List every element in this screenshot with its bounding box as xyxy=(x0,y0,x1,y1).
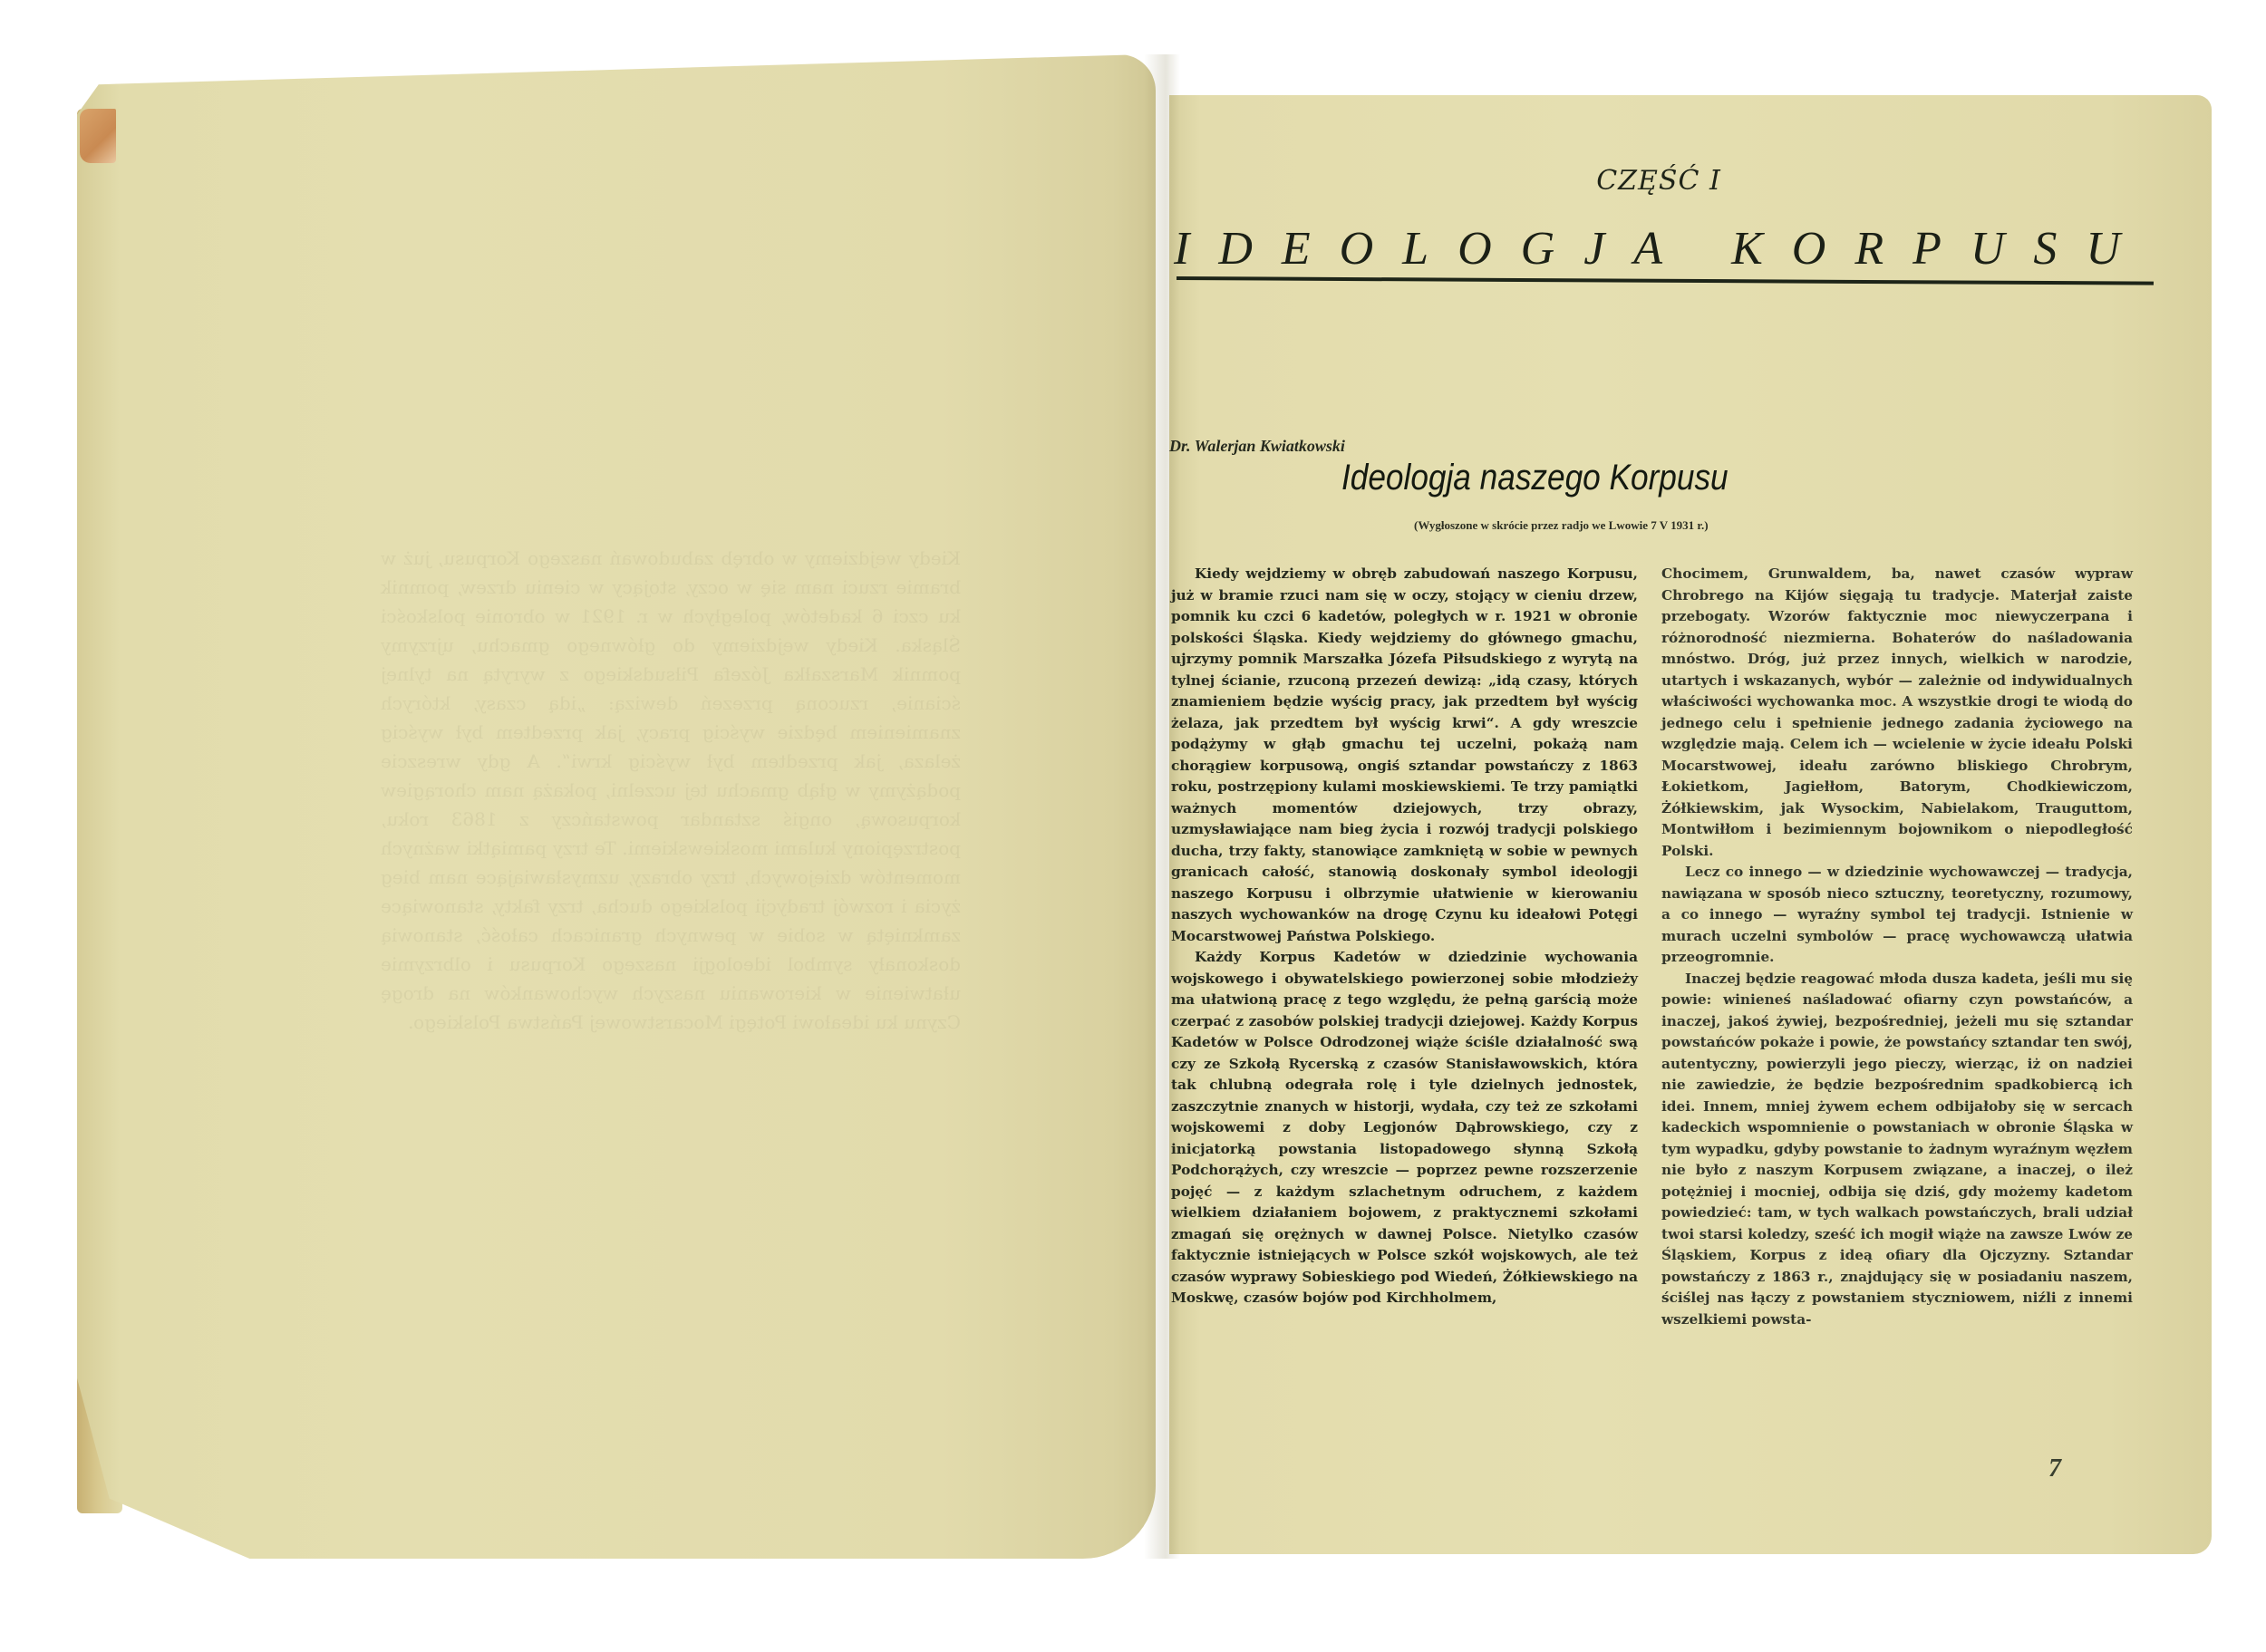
paragraph: Kiedy wejdziemy w obręb zabudowań naszeg… xyxy=(1171,564,1638,947)
article-title: Ideologja naszego Korpusu xyxy=(1341,458,1820,498)
section-title: IDEOLOGJA KORPUSU xyxy=(1174,222,2162,275)
paragraph: Każdy Korpus Kadetów w dziedzinie wychow… xyxy=(1171,947,1638,1309)
paragraph: Chocimem, Grunwaldem, ba, nawet czasów w… xyxy=(1661,564,2133,862)
text-column-right: Chocimem, Grunwaldem, ba, nawet czasów w… xyxy=(1661,564,2133,1330)
article-author: Dr. Walerjan Kwiatkowski xyxy=(1169,437,1345,456)
page-number: 7 xyxy=(2048,1454,2061,1483)
text-column-left: Kiedy wejdziemy w obręb zabudowań naszeg… xyxy=(1171,564,1638,1309)
paragraph: Inaczej będzie reagować młoda dusza kade… xyxy=(1661,969,2133,1331)
gilt-corner-tab xyxy=(80,109,116,163)
open-book-spread: Kiedy wejdziemy w obręb zabudowań naszeg… xyxy=(0,0,2266,1652)
paragraph: Lecz co innego — w dziedzinie wychowawcz… xyxy=(1661,862,2133,969)
part-label: CZĘŚĆ I xyxy=(1486,165,1831,197)
left-page-bleed-through: Kiedy wejdziemy w obręb zabudowań naszeg… xyxy=(381,544,961,1037)
article-subtitle: (Wygłoszone w skrócie przez radjo we Lwo… xyxy=(1414,518,1709,533)
